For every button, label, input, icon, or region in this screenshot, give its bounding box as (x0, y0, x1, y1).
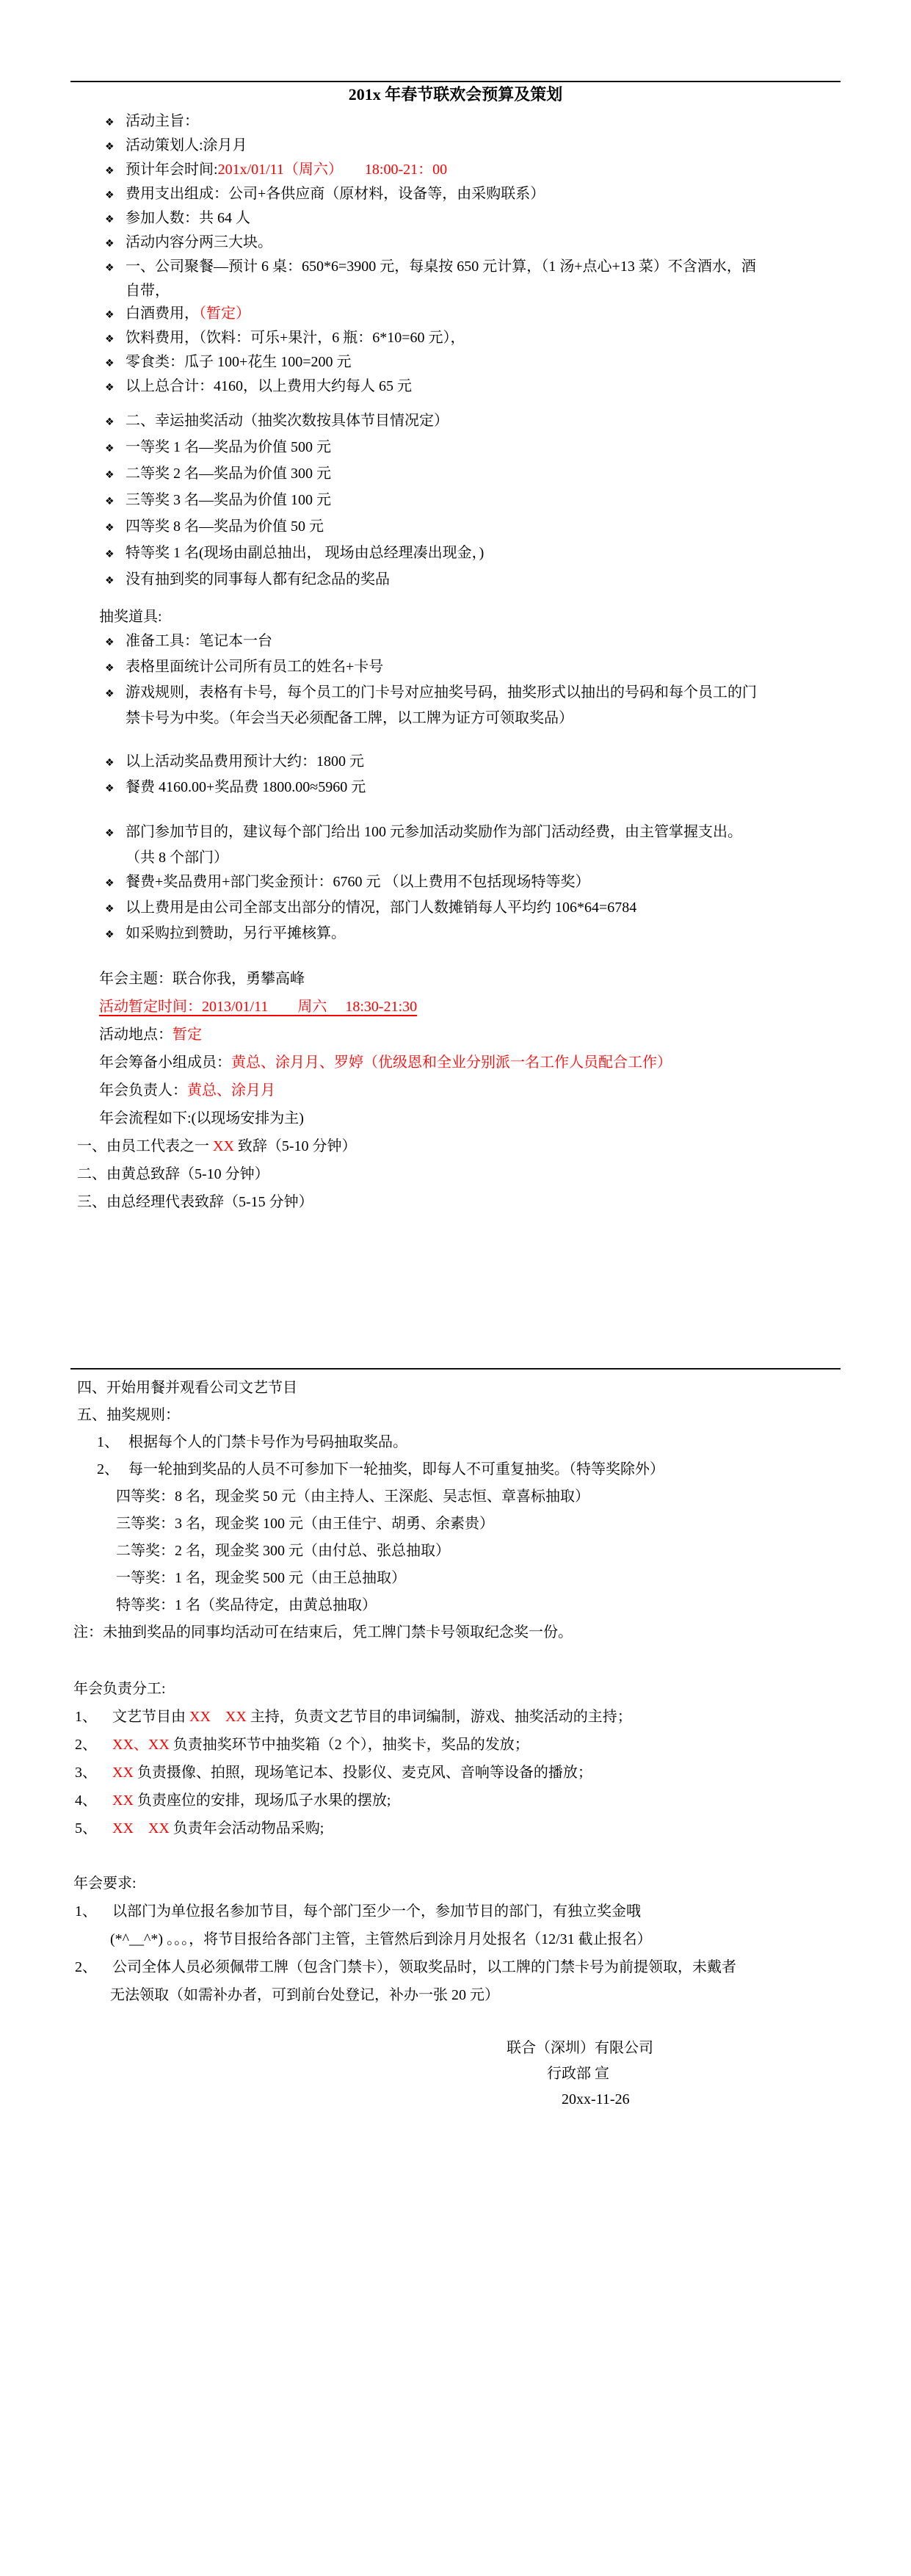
highlight-red-text: 暂定 (173, 1027, 202, 1043)
text-run: 抽奖规则： (106, 1407, 180, 1423)
text-run: 二等奖：2 名，现金奖 300 元（由付总、张总抽取） (116, 1543, 450, 1559)
doc-line: ❖以上活动奖品费用预计大约：1800 元 (105, 750, 911, 775)
text-run: 开始用餐并观看公司文艺节目 (106, 1380, 297, 1396)
text-run: 注：未抽到奖品的同事均活动可在结束后，凭工牌门禁卡号领取纪念奖一份。 (73, 1624, 573, 1640)
highlight-red-text: 黄总、涂月月、罗婷（优级恩和全业分别派一名工作人员配合工作） (231, 1054, 672, 1071)
list-number: 一、 (77, 1132, 106, 1160)
lottery-bullets: ❖二、幸运抽奖活动（抽奖次数按具体节目情况定）❖一等奖 1 名—奖品为价值 50… (0, 408, 911, 593)
doc-line: 一、由员工代表之一 XX 致辞（5-10 分钟） (77, 1132, 911, 1160)
text-run: 餐费 4160.00+奖品费 1800.00≈5960 元 (126, 779, 366, 795)
highlight-red-text: XX (112, 1765, 137, 1781)
diamond-bullet-icon: ❖ (105, 209, 126, 231)
division-of-duties: 年会负责分工:1、文艺节目由 XX XX 主持，负责文艺节目的串词编制，游戏、抽… (0, 1675, 911, 1842)
list-number: 二、 (77, 1160, 106, 1188)
text-run: 主持，负责文艺节目的串词编制，游戏、抽奖活动的主持； (247, 1709, 632, 1725)
doc-line: ❖餐费+奖品费用+部门奖金预计：6760 元 （以上费用不包括现场特等奖） (105, 870, 911, 896)
doc-line: ❖以上总合计：4160，以上费用大约每人 65 元 (105, 375, 911, 399)
page2-header-rule (70, 1368, 841, 1370)
text-run: 二等奖 2 名—奖品为价值 300 元 (126, 466, 331, 482)
text-run: 年会筹备小组成员： (99, 1054, 231, 1071)
text-run: 二、幸运抽奖活动（抽奖次数按具体节目情况定） (126, 413, 449, 429)
list-number: 1、 (75, 1897, 112, 1925)
text-run: 一、公司聚餐—预计 6 桌：650*6=3900 元，每桌按 650 元计算，（… (126, 258, 756, 275)
text-run: 四等奖：8 名，现金奖 50 元（由主持人、王深彪、吴志恒、章喜标抽取） (116, 1488, 589, 1505)
highlight-red-text: 活动暂定时间：2013/01/11 周六 18:30-21:30 (99, 999, 417, 1015)
diamond-bullet-icon: ❖ (105, 304, 126, 327)
doc-line: ❖预计年会时间:201x/01/11（周六） 18:00-21：00 (105, 159, 911, 183)
diamond-bullet-icon: ❖ (105, 897, 126, 922)
text-run: 以部门为单位报名参加节目，每个部门至少一个，参加节目的部门，有独立奖金哦 (112, 1903, 641, 1920)
highlight-red-text: XX、XX (112, 1737, 173, 1753)
text-run: （共 8 个部门） (126, 850, 228, 866)
text-run: 抽奖道具: (99, 609, 162, 625)
text-run: 年会要求: (73, 1875, 137, 1892)
text-run: 活动策划人:涂月月 (126, 137, 247, 153)
list-number: 2、 (97, 1456, 128, 1483)
text-run: 年会流程如下:(以现场安排为主) (99, 1110, 304, 1126)
text-run: 三等奖 3 名—奖品为价值 100 元 (126, 492, 331, 508)
doc-line: （共 8 个部门） (126, 846, 911, 870)
doc-line: ❖准备工具：笔记本一台 (105, 629, 911, 655)
text-run: 公司全体人员必须佩带工牌（包含门禁卡），领取奖品时，以工牌的门禁卡号为前提领取，… (112, 1959, 736, 1975)
text-run: (*^__^*) 。。。，将节目报给各部门主管，主管然后到涂月月处报名（12/3… (110, 1931, 652, 1947)
highlight-red-text: 黄总、涂月月 (187, 1082, 275, 1099)
text-run: 无法领取（如需补办者，可到前台处登记，补办一张 20 元） (110, 1987, 499, 2003)
doc-line: (*^__^*) 。。。，将节目报给各部门主管，主管然后到涂月月处报名（12/3… (110, 1925, 911, 1953)
diamond-bullet-icon: ❖ (105, 377, 126, 399)
lottery-props: 抽奖道具:❖准备工具：笔记本一台❖表格里面统计公司所有员工的姓名+卡号❖游戏规则… (0, 605, 911, 731)
doc-line: ❖以上费用是由公司全部支出部分的情况，部门人数摊销每人平均约 106*64=67… (105, 896, 911, 922)
doc-line: 二等奖：2 名，现金奖 300 元（由付总、张总抽取） (116, 1538, 911, 1565)
doc-line: ❖没有抽到奖的同事每人都有纪念品的奖品 (105, 567, 911, 593)
doc-line: 五、抽奖规则： (77, 1402, 911, 1429)
text-run: 年会负责人： (99, 1082, 187, 1099)
list-number: 1、 (97, 1429, 128, 1456)
company-name: 联合（深圳）有限公司 (507, 2036, 653, 2061)
diamond-bullet-icon: ❖ (105, 542, 126, 567)
doc-line: ❖特等奖 1 名(现场由副总抽出， 现场由总经理凑出现金，) (105, 540, 911, 567)
page-title: 201x 年春节联欢会预算及策划 (0, 82, 911, 107)
diamond-bullet-icon: ❖ (105, 682, 126, 706)
text-run: 一等奖 1 名—奖品为价值 500 元 (126, 439, 331, 455)
lottery-rules: 四、开始用餐并观看公司文艺节目五、抽奖规则：1、根据每个人的门禁卡号作为号码抽取… (0, 1375, 911, 1646)
doc-line: ❖参加人数：共 64 人 (105, 207, 911, 231)
doc-line: 活动地点：暂定 (99, 1021, 911, 1049)
diamond-bullet-icon: ❖ (105, 463, 126, 488)
text-run: 致辞（5-10 分钟） (234, 1138, 357, 1154)
diamond-bullet-icon: ❖ (105, 631, 126, 655)
list-number: 五、 (77, 1402, 106, 1429)
diamond-bullet-icon: ❖ (105, 112, 126, 134)
text-run: 负责座位的安排，现场瓜子水果的摆放; (137, 1792, 391, 1809)
party-info: 年会主题：联合你我，勇攀高峰活动暂定时间：2013/01/11 周六 18:30… (0, 965, 911, 1216)
highlight-red-text: XX (112, 1792, 137, 1809)
text-run: 部门参加节目的，建议每个部门给出 100 元参加活动奖励作为部门活动经费，由主管… (126, 824, 742, 840)
list-number: 三、 (77, 1188, 106, 1216)
list-number: 2、 (75, 1953, 112, 1981)
doc-line: ❖游戏规则，表格有卡号，每个员工的门卡号对应抽奖号码，抽奖形式以抽出的号码和每个… (105, 681, 911, 706)
text-run: 禁卡号为中奖。（年会当天必须配备工牌，以工牌为证方可领取奖品） (126, 710, 573, 726)
text-run: 每一轮抽到奖品的人员不可参加下一轮抽奖，即每人不可重复抽奖。（特等奖除外） (128, 1461, 664, 1477)
doc-line: ❖四等奖 8 名—奖品为价值 50 元 (105, 514, 911, 540)
diamond-bullet-icon: ❖ (105, 233, 126, 256)
doc-line: ❖部门参加节目的，建议每个部门给出 100 元参加活动奖励作为部门活动经费，由主… (105, 820, 911, 846)
doc-line: ❖一、公司聚餐—预计 6 桌：650*6=3900 元，每桌按 650 元计算，… (105, 256, 911, 280)
list-number: 4、 (75, 1787, 112, 1815)
doc-line: 无法领取（如需补办者，可到前台处登记，补办一张 20 元） (110, 1981, 911, 2009)
diamond-bullet-icon: ❖ (105, 822, 126, 846)
doc-line: ❖零食类：瓜子 100+花生 100=200 元 (105, 351, 911, 375)
diamond-bullet-icon: ❖ (105, 410, 126, 435)
diamond-bullet-icon: ❖ (105, 257, 126, 280)
text-run: 零食类：瓜子 100+花生 100=200 元 (126, 354, 352, 370)
text-run: 年会负责分工: (73, 1681, 166, 1697)
doc-line: 活动暂定时间：2013/01/11 周六 18:30-21:30 (99, 993, 911, 1021)
highlight-red-text: XX (213, 1138, 234, 1154)
doc-line: 年会负责人：黄总、涂月月 (99, 1077, 911, 1104)
issuing-department: 行政部 宣 (507, 2061, 653, 2087)
text-run: 费用支出组成：公司+各供应商（原材料，设备等，由采购联系） (126, 186, 545, 202)
doc-line: ❖饮料费用，（饮料：可乐+果汁，6 瓶：6*10=60 元）， (105, 327, 911, 351)
list-number: 3、 (75, 1759, 112, 1787)
text-run: 活动地点： (99, 1027, 173, 1043)
text-run: 白酒费用， (126, 305, 199, 322)
diamond-bullet-icon: ❖ (105, 328, 126, 351)
doc-line: 禁卡号为中奖。（年会当天必须配备工牌，以工牌为证方可领取奖品） (126, 706, 911, 731)
doc-line: ❖二等奖 2 名—奖品为价值 300 元 (105, 461, 911, 488)
doc-line: 4、XX 负责座位的安排，现场瓜子水果的摆放; (75, 1787, 911, 1815)
doc-line: 四、开始用餐并观看公司文艺节目 (77, 1375, 911, 1402)
diamond-bullet-icon: ❖ (105, 352, 126, 375)
doc-line: ❖活动内容分两三大块。 (105, 231, 911, 256)
doc-line: ❖三等奖 3 名—奖品为价值 100 元 (105, 488, 911, 514)
text-run: 负责抽奖环节中抽奖箱（2 个），抽奖卡，奖品的发放； (173, 1737, 529, 1753)
highlight-red-text: 201x/01/11（周六） 18:00-21：00 (218, 162, 448, 178)
doc-line: 三、由总经理代表致辞（5-15 分钟） (77, 1188, 911, 1216)
doc-line: 1、根据每个人的门禁卡号作为号码抽取奖品。 (97, 1429, 911, 1456)
text-run: 表格里面统计公司所有员工的姓名+卡号 (126, 659, 383, 675)
doc-line: 年会负责分工: (73, 1675, 911, 1703)
text-run: 活动主旨： (126, 113, 199, 129)
issue-date: 20xx-11-26 (507, 2087, 653, 2113)
text-run: 特等奖 1 名(现场由副总抽出， 现场由总经理凑出现金，) (126, 545, 484, 561)
doc-line: ❖白酒费用，（暂定） (105, 303, 911, 327)
doc-line: 年会流程如下:(以现场安排为主) (99, 1104, 911, 1132)
text-run: 预计年会时间: (126, 162, 218, 178)
highlight-red-text: XX XX (112, 1820, 173, 1837)
text-run: 游戏规则，表格有卡号，每个员工的门卡号对应抽奖号码，抽奖形式以抽出的号码和每个员… (126, 684, 757, 701)
text-run: 餐费+奖品费用+部门奖金预计：6760 元 （以上费用不包括现场特等奖） (126, 874, 590, 890)
text-run: 负责摄像、拍照，现场笔记本、投影仪、麦克风、音响等设备的播放； (137, 1765, 592, 1781)
department-budget: ❖部门参加节目的，建议每个部门给出 100 元参加活动奖励作为部门活动经费，由主… (0, 820, 911, 947)
diamond-bullet-icon: ❖ (105, 160, 126, 183)
doc-line: 年会主题：联合你我，勇攀高峰 (99, 965, 911, 993)
diamond-bullet-icon: ❖ (105, 436, 126, 461)
text-run: 三等奖：3 名，现金奖 100 元（由王佳宁、胡勇、余素贵） (116, 1516, 494, 1532)
doc-line: 自带， (126, 280, 911, 303)
doc-line: ❖一等奖 1 名—奖品为价值 500 元 (105, 435, 911, 461)
doc-line: 年会要求: (73, 1870, 911, 1897)
diamond-bullet-icon: ❖ (105, 923, 126, 947)
text-run: 特等奖：1 名（奖品待定，由黄总抽取） (116, 1597, 377, 1613)
text-run: 由总经理代表致辞（5-15 分钟） (106, 1194, 313, 1210)
document-page: 201x 年春节联欢会预算及策划 ❖活动主旨：❖活动策划人:涂月月❖预计年会时间… (0, 0, 911, 2576)
diamond-bullet-icon: ❖ (105, 515, 126, 540)
signature-block: 联合（深圳）有限公司 行政部 宣 20xx-11-26 (507, 2036, 653, 2113)
list-number: 2、 (75, 1731, 112, 1759)
text-run: 没有抽到奖的同事每人都有纪念品的奖品 (126, 571, 390, 587)
diamond-bullet-icon: ❖ (105, 184, 126, 207)
diamond-bullet-icon: ❖ (105, 568, 126, 593)
doc-line: 1、以部门为单位报名参加节目，每个部门至少一个，参加节目的部门，有独立奖金哦 (75, 1897, 911, 1925)
text-run: 根据每个人的门禁卡号作为号码抽取奖品。 (128, 1434, 407, 1450)
doc-line: 1、文艺节目由 XX XX 主持，负责文艺节目的串词编制，游戏、抽奖活动的主持； (75, 1703, 911, 1731)
doc-line: ❖如采购拉到赞助，另行平摊核算。 (105, 922, 911, 947)
doc-line: 3、XX 负责摄像、拍照，现场笔记本、投影仪、麦克风、音响等设备的播放； (75, 1759, 911, 1787)
diamond-bullet-icon: ❖ (105, 656, 126, 681)
text-run: 由员工代表之一 (106, 1138, 213, 1154)
cost-summary: ❖以上活动奖品费用预计大约：1800 元❖餐费 4160.00+奖品费 1800… (0, 750, 911, 801)
doc-line: 年会筹备小组成员：黄总、涂月月、罗婷（优级恩和全业分别派一名工作人员配合工作） (99, 1049, 911, 1077)
doc-line: 2、XX、XX 负责抽奖环节中抽奖箱（2 个），抽奖卡，奖品的发放； (75, 1731, 911, 1759)
diamond-bullet-icon: ❖ (105, 489, 126, 514)
text-run: 准备工具：笔记本一台 (126, 633, 272, 649)
highlight-red-text: （暂定） (199, 305, 250, 322)
budget-bullets: ❖活动主旨：❖活动策划人:涂月月❖预计年会时间:201x/01/11（周六） 1… (0, 110, 911, 399)
doc-line: 2、每一轮抽到奖品的人员不可参加下一轮抽奖，即每人不可重复抽奖。（特等奖除外） (97, 1456, 911, 1483)
text-run: 文艺节目由 (112, 1709, 189, 1725)
text-run: 由黄总致辞（5-10 分钟） (106, 1166, 269, 1182)
text-run: 饮料费用，（饮料：可乐+果汁，6 瓶：6*10=60 元）， (126, 330, 465, 346)
doc-line: 二、由黄总致辞（5-10 分钟） (77, 1160, 911, 1188)
diamond-bullet-icon: ❖ (105, 136, 126, 159)
text-run: 如采购拉到赞助，另行平摊核算。 (126, 925, 346, 941)
text-run: 以上总合计：4160，以上费用大约每人 65 元 (126, 378, 412, 394)
doc-line: 抽奖道具: (99, 605, 911, 629)
list-number: 5、 (75, 1815, 112, 1842)
text-run: 以上活动奖品费用预计大约：1800 元 (126, 753, 364, 770)
text-run: 以上费用是由公司全部支出部分的情况，部门人数摊销每人平均约 106*64=678… (126, 900, 636, 916)
doc-line: ❖活动策划人:涂月月 (105, 134, 911, 159)
text-run: 活动内容分两三大块。 (126, 234, 272, 250)
highlight-red-text: XX XX (189, 1709, 247, 1725)
text-run: 一等奖：1 名，现金奖 500 元（由王总抽取） (116, 1570, 406, 1586)
doc-line: 2、公司全体人员必须佩带工牌（包含门禁卡），领取奖品时，以工牌的门禁卡号为前提领… (75, 1953, 911, 1981)
text-run: 自带， (126, 283, 170, 299)
party-requirements: 年会要求:1、以部门为单位报名参加节目，每个部门至少一个，参加节目的部门，有独立… (0, 1870, 911, 2009)
text-run: 四等奖 8 名—奖品为价值 50 元 (126, 518, 324, 535)
doc-line: 四等奖：8 名，现金奖 50 元（由主持人、王深彪、吴志恒、章喜标抽取） (116, 1483, 911, 1510)
list-number: 1、 (75, 1703, 112, 1731)
doc-line: 特等奖：1 名（奖品待定，由黄总抽取） (116, 1592, 911, 1619)
text-run: 参加人数：共 64 人 (126, 210, 250, 226)
doc-line: ❖费用支出组成：公司+各供应商（原材料，设备等，由采购联系） (105, 183, 911, 207)
diamond-bullet-icon: ❖ (105, 777, 126, 801)
list-number: 四、 (77, 1375, 106, 1402)
doc-line: ❖表格里面统计公司所有员工的姓名+卡号 (105, 655, 911, 681)
text-run: 年会主题：联合你我，勇攀高峰 (99, 971, 305, 987)
doc-line: ❖活动主旨： (105, 110, 911, 134)
doc-line: ❖二、幸运抽奖活动（抽奖次数按具体节目情况定） (105, 408, 911, 435)
doc-line: ❖餐费 4160.00+奖品费 1800.00≈5960 元 (105, 775, 911, 801)
doc-line: 注：未抽到奖品的同事均活动可在结束后，凭工牌门禁卡号领取纪念奖一份。 (73, 1619, 911, 1646)
text-run: 负责年会活动物品采购; (173, 1820, 324, 1837)
diamond-bullet-icon: ❖ (105, 751, 126, 775)
doc-line: 一等奖：1 名，现金奖 500 元（由王总抽取） (116, 1565, 911, 1592)
doc-line: 三等奖：3 名，现金奖 100 元（由王佳宁、胡勇、余素贵） (116, 1510, 911, 1538)
doc-line: 5、XX XX 负责年会活动物品采购; (75, 1815, 911, 1842)
diamond-bullet-icon: ❖ (105, 872, 126, 896)
